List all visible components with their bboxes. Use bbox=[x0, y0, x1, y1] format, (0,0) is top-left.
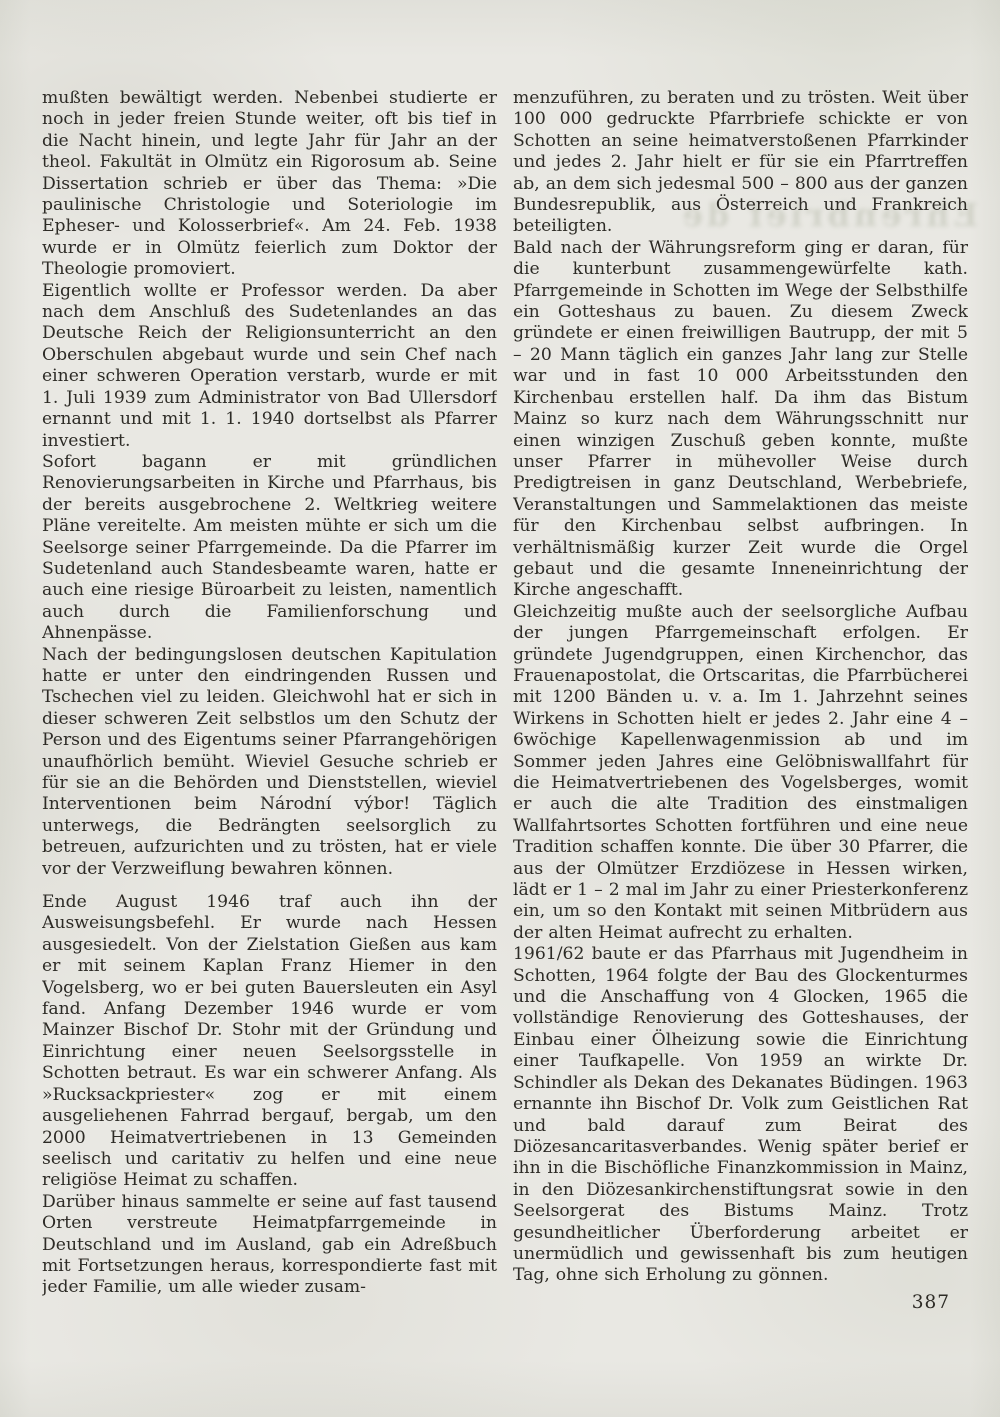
paragraph: menzuführen, zu beraten und zu trösten. … bbox=[513, 88, 968, 238]
paragraph: Sofort bagann er mit gründlichen Renovie… bbox=[42, 452, 497, 645]
left-column: mußten bewältigt werden. Nebenbei studie… bbox=[42, 88, 497, 1303]
page-number: 387 bbox=[912, 1292, 950, 1313]
paragraph: Nach der bedingungslosen deutschen Kapit… bbox=[42, 645, 497, 880]
paragraph: Bald nach der Währungsreform ging er dar… bbox=[513, 238, 968, 602]
paragraph: 1961/62 baute er das Pfarrhaus mit Jugen… bbox=[513, 944, 968, 1287]
paragraph: Eigentlich wollte er Professor werden. D… bbox=[42, 281, 497, 452]
paragraph: Gleichzeitig mußte auch der seelsorglich… bbox=[513, 602, 968, 945]
document-page: Ehrenbrief de mußten bewältigt werden. N… bbox=[0, 0, 1000, 1417]
text-columns: mußten bewältigt werden. Nebenbei studie… bbox=[42, 88, 968, 1303]
paragraph: mußten bewältigt werden. Nebenbei studie… bbox=[42, 88, 497, 281]
right-column: menzuführen, zu beraten und zu trösten. … bbox=[513, 88, 968, 1303]
paragraph: Ende August 1946 traf auch ihn der Auswe… bbox=[42, 892, 497, 1192]
paragraph: Darüber hinaus sammelte er seine auf fas… bbox=[42, 1192, 497, 1299]
